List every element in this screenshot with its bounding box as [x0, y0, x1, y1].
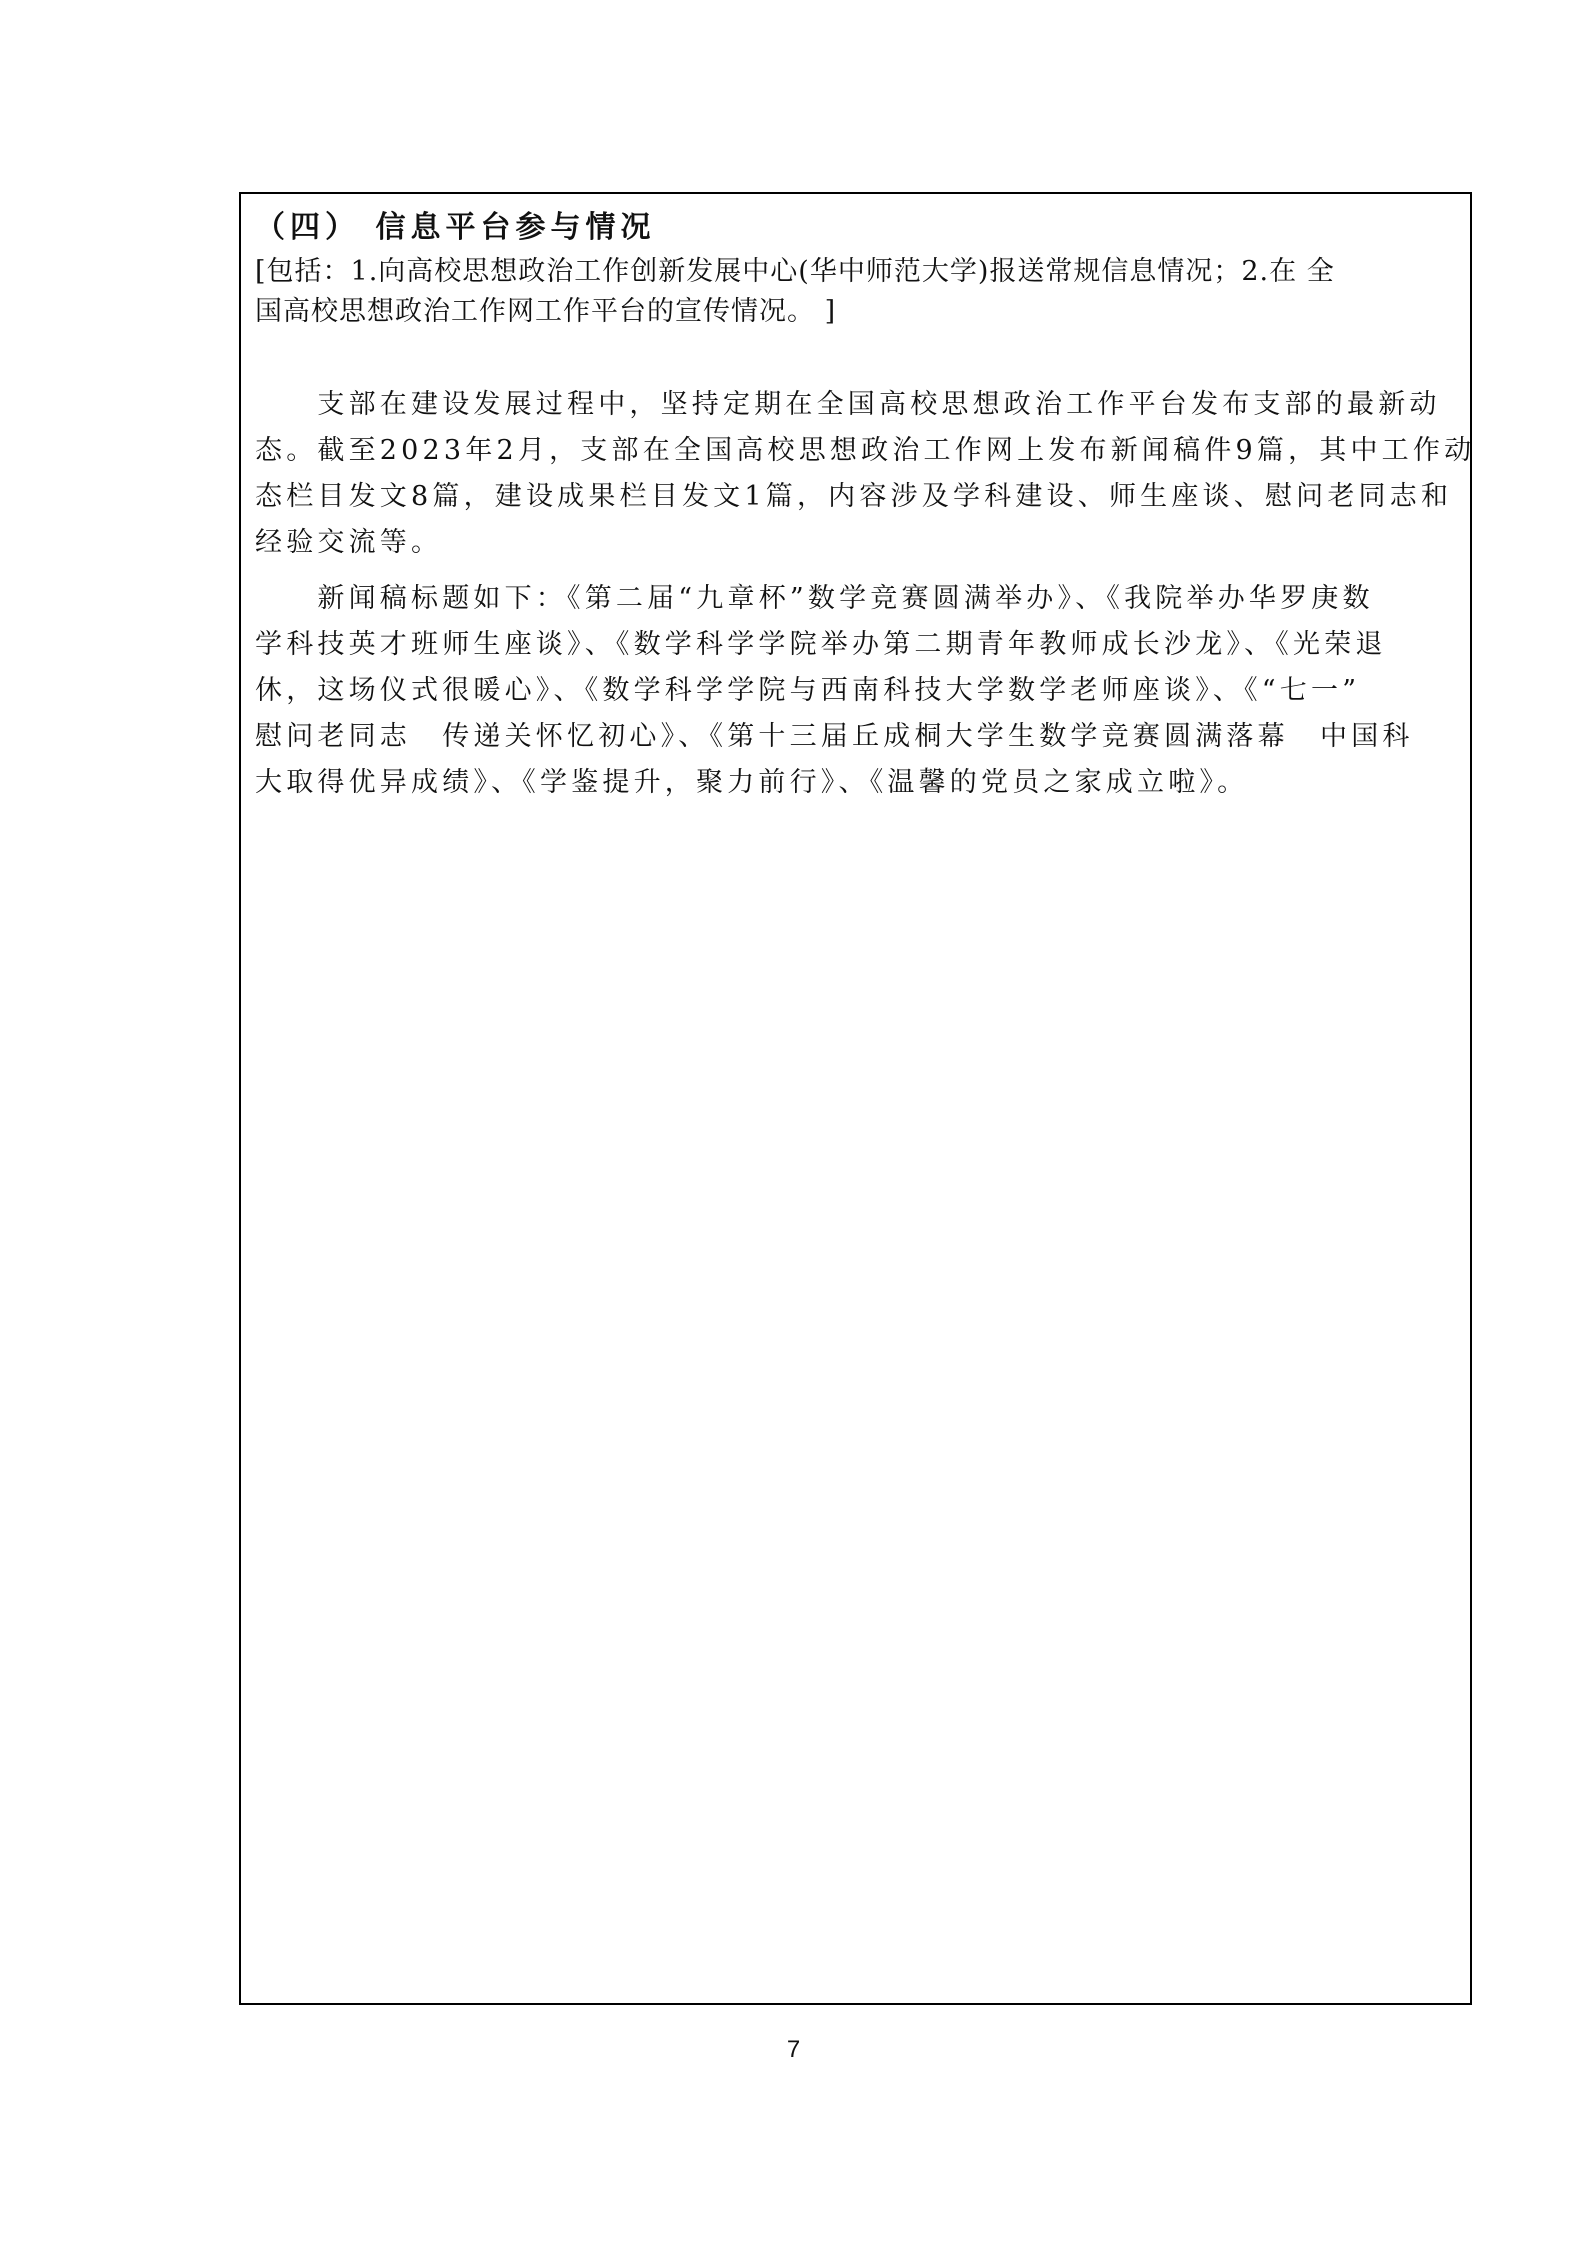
text-line: 新闻稿标题如下：《第二届“九章杯”数学竞赛圆满举办》、《我院举办华罗庚数	[255, 576, 1460, 622]
text-line: 休，这场仪式很暖心》、《数学科学学院与西南科技大学数学老师座谈》、《“七一”	[255, 668, 1460, 714]
text-line: 大取得优异成绩》、《学鉴提升，聚力前行》、《温馨的党员之家成立啦》。	[255, 760, 1460, 806]
paragraph-news-titles: 新闻稿标题如下：《第二届“九章杯”数学竞赛圆满举办》、《我院举办华罗庚数 学科技…	[255, 576, 1460, 806]
hint-line: [包括：1.向高校思想政治工作创新发展中心(华中师范大学)报送常规信息情况；2.…	[255, 252, 1460, 292]
body-text: 支部在建设发展过程中，坚持定期在全国高校思想政治工作平台发布支部的最新动 态。截…	[255, 382, 1460, 816]
paragraph-platform-summary: 支部在建设发展过程中，坚持定期在全国高校思想政治工作平台发布支部的最新动 态。截…	[255, 382, 1460, 566]
section-hint: [包括：1.向高校思想政治工作创新发展中心(华中师范大学)报送常规信息情况；2.…	[255, 252, 1460, 332]
page-number: 7	[0, 2035, 1587, 2065]
text-line: 态。截至2023年2月，支部在全国高校思想政治工作网上发布新闻稿件9篇，其中工作…	[255, 428, 1460, 474]
text-line: 学科技英才班师生座谈》、《数学科学学院举办第二期青年教师成长沙龙》、《光荣退	[255, 622, 1460, 668]
text-line: 支部在建设发展过程中，坚持定期在全国高校思想政治工作平台发布支部的最新动	[255, 382, 1460, 428]
hint-line: 国高校思想政治工作网工作平台的宣传情况。 ]	[255, 292, 1460, 332]
text-line: 慰问老同志 传递关怀忆初心》、《第十三届丘成桐大学生数学竞赛圆满落幕 中国科	[255, 714, 1460, 760]
text-line: 态栏目发文8篇，建设成果栏目发文1篇，内容涉及学科建设、师生座谈、慰问老同志和	[255, 474, 1460, 520]
text-line: 经验交流等。	[255, 520, 1460, 566]
content-frame: （四） 信息平台参与情况 [包括：1.向高校思想政治工作创新发展中心(华中师范大…	[239, 192, 1472, 2005]
section-title: （四） 信息平台参与情况	[255, 208, 655, 248]
